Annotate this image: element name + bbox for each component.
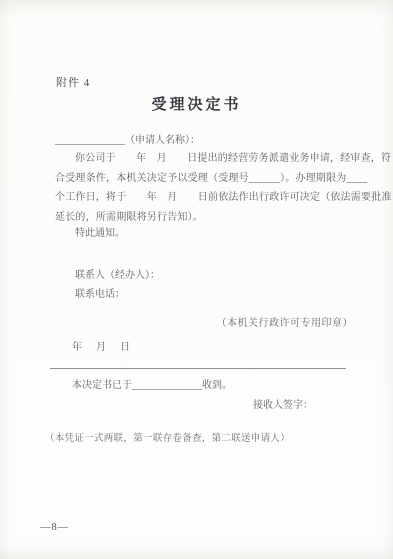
body-line: 个工作日，将于 年 月 日前依法作出行政许可决定（依法需要批准: [55, 188, 355, 208]
contact-phone-label: 联系电话：: [75, 285, 125, 300]
received-date-line: 本决定书已于______________收到。: [72, 376, 232, 391]
copies-note: （本凭证一式两联，第一联存卷备查，第二联送申请人）: [45, 430, 290, 444]
body-line: 合受理条件，本机关决定予以受理（受理号______）。办理期限为____: [55, 169, 355, 189]
date-line: 年 月 日: [72, 338, 132, 353]
page-number: —8—: [40, 522, 69, 533]
attachment-label: 附件 4: [56, 74, 90, 90]
contact-person-label: 联系人（经办人）：: [75, 266, 160, 281]
seal-note: （本机关行政许可专用印章）: [217, 314, 354, 329]
page-title: 受理决定书: [0, 93, 393, 114]
body-line: 你公司于 年 月 日提出的经营劳务派遣业务申请，经审查，符: [55, 149, 355, 169]
applicant-name-line: ______________（申请人名称）：: [55, 131, 200, 146]
recipient-signature-label: 接收人签字：: [253, 396, 313, 411]
document-page: 附件 4 受理决定书 ______________（申请人名称）： 你公司于 年…: [0, 0, 393, 559]
body-paragraph: 你公司于 年 月 日提出的经营劳务派遣业务申请，经审查，符 合受理条件，本机关决…: [55, 149, 355, 227]
tear-off-divider: [50, 368, 346, 369]
notice-line: 特此通知。: [55, 224, 125, 239]
